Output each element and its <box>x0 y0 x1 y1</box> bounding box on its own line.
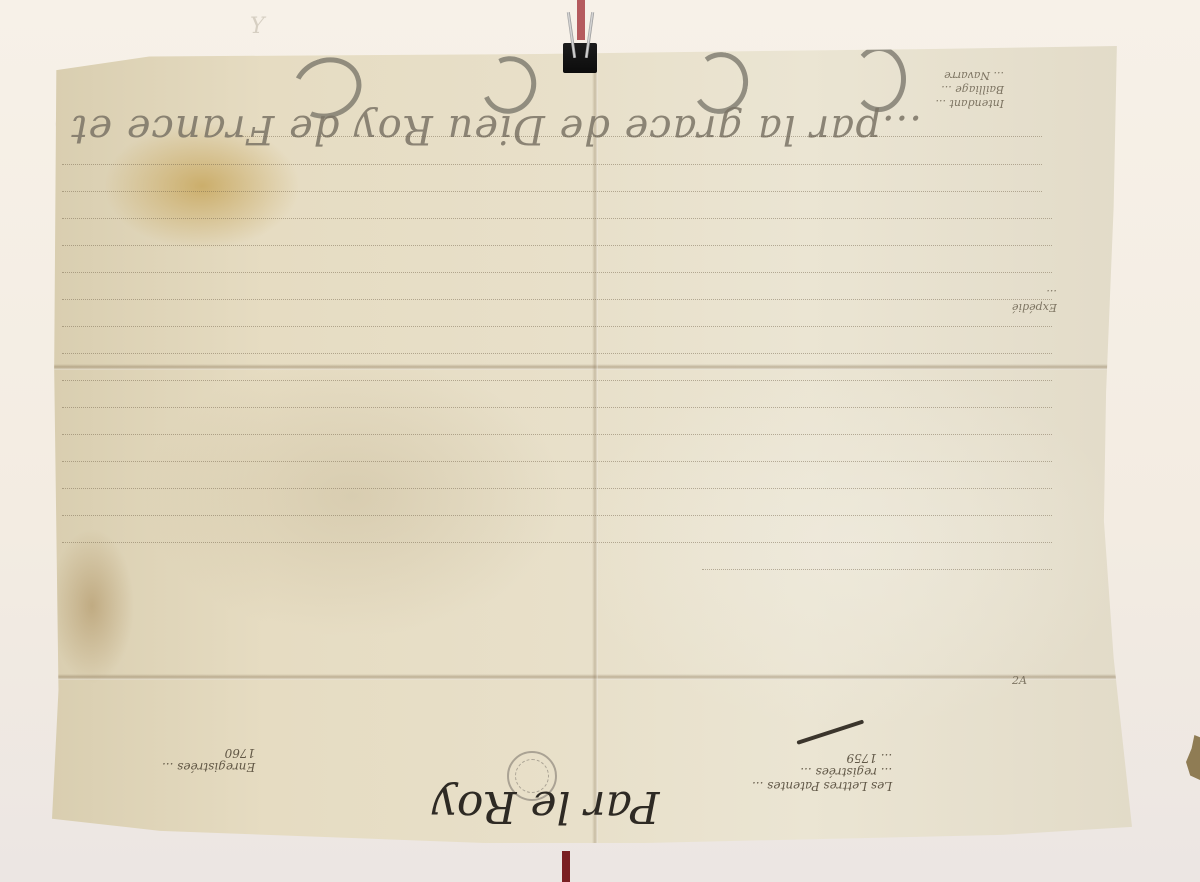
text-line <box>62 515 1052 517</box>
registration-note: Les Lettres Patentes ... ... registrées … <box>752 751 892 793</box>
fold-line-vertical <box>592 46 598 851</box>
text-line <box>62 434 1052 436</box>
text-line <box>62 245 1052 247</box>
bottom-left-note: Enregistrées ... 1760 <box>162 746 255 774</box>
text-line <box>62 488 1052 490</box>
corner-number: 2A <box>1012 674 1027 688</box>
text-line <box>62 353 1052 355</box>
text-line <box>62 407 1052 409</box>
document-photo: Y ...par la grace de Dieu Roy de France … <box>0 0 1200 882</box>
red-ribbon-bottom <box>562 851 570 882</box>
text-line <box>62 218 1052 220</box>
document-heading: ...par la grace de Dieu Roy de France et… <box>162 106 922 152</box>
parchment-sheet: ...par la grace de Dieu Roy de France et… <box>52 46 1132 851</box>
parchment-fragment <box>1186 735 1200 780</box>
text-line <box>702 569 1052 571</box>
text-line <box>62 542 1052 544</box>
signature-stroke <box>796 719 864 744</box>
right-margin-note: Expédié ... <box>1012 286 1057 314</box>
text-line <box>62 272 1052 274</box>
text-line <box>242 136 1042 138</box>
text-line <box>62 380 1052 382</box>
par-le-roy-signature: Par le Roy <box>432 781 659 832</box>
top-right-note: Intendant ... Bailliage ... ... Navarre <box>932 68 1004 110</box>
text-line <box>62 326 1052 328</box>
calligraphic-flourish <box>852 46 906 112</box>
text-line <box>62 191 1042 193</box>
text-line <box>62 299 1052 301</box>
red-ribbon-top <box>577 0 585 40</box>
binder-clip <box>563 43 597 73</box>
wall-pencil-note: Y <box>250 14 265 39</box>
text-line <box>62 164 1042 166</box>
text-line <box>62 461 1052 463</box>
